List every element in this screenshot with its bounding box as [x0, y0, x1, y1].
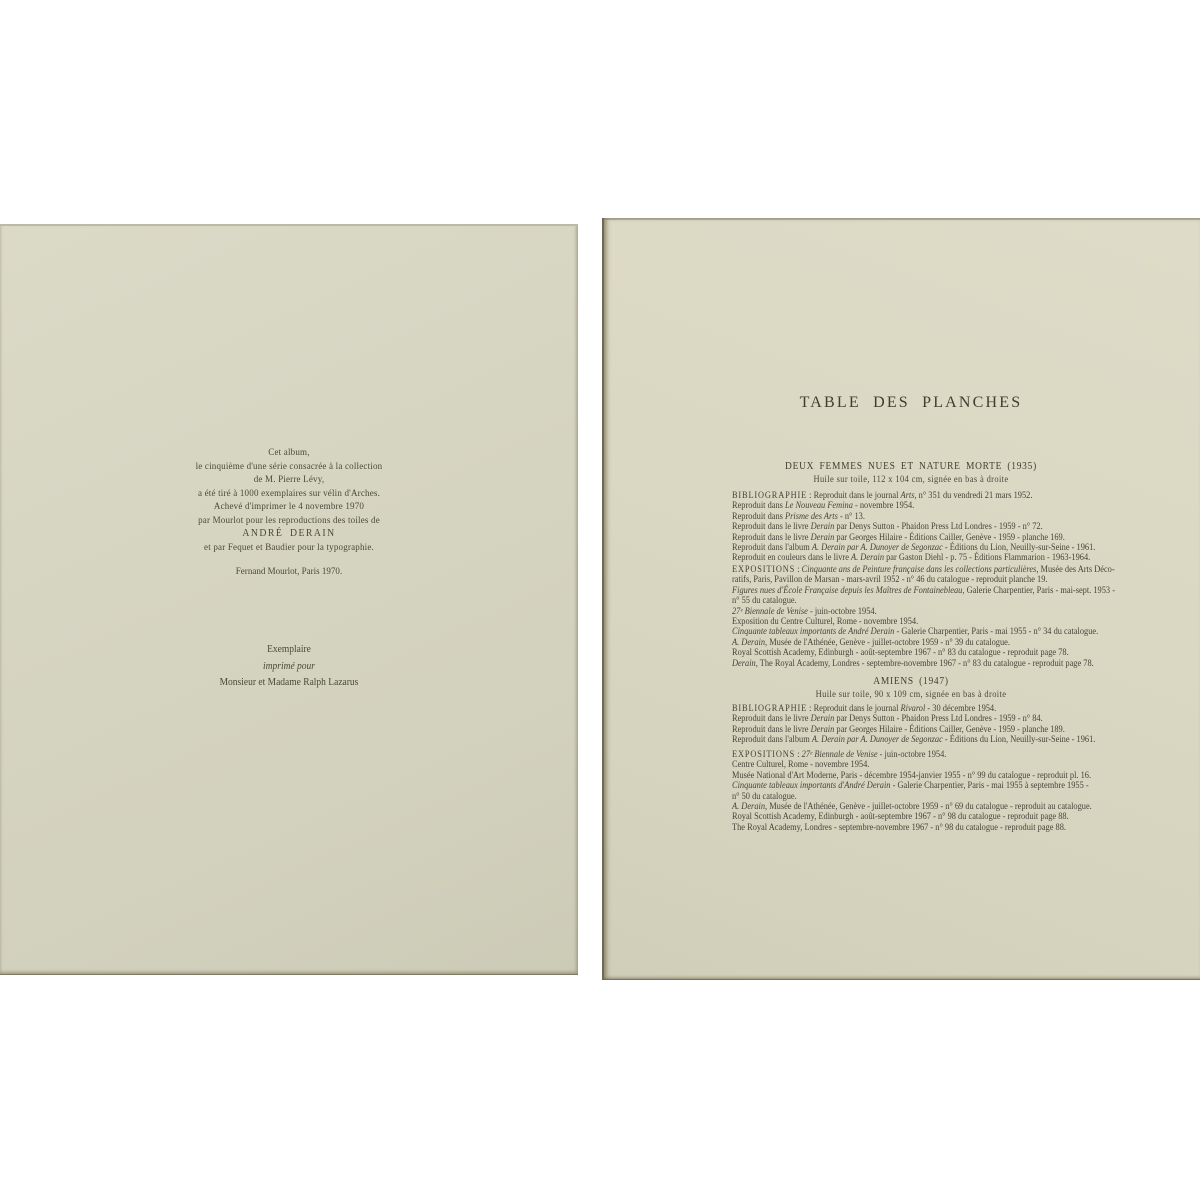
roman-text: - Éditions du Lion, Neuilly-sur-Seine - … [943, 734, 1096, 744]
text-line: par Mourlot pour les reproductions des t… [105, 514, 473, 528]
bibliographie-block-2: BIBLIOGRAPHIE : Reproduit dans le journa… [732, 703, 1160, 745]
italic-text: Le Nouveau Femina [785, 500, 853, 510]
roman-text: Reproduit dans [732, 511, 785, 521]
roman-text: , Musée de l'Athénée, Genève - juillet-o… [765, 801, 1092, 811]
italic-text: Cinquante tableaux importants de André D… [732, 626, 894, 636]
text-line: n° 55 du catalogue. [732, 595, 1160, 605]
italic-text: Cinquante tableaux importants d'André De… [732, 780, 890, 790]
text-line: de M. Pierre Lévy, [105, 473, 473, 487]
text-line: Reproduit dans Prisme des Arts - n° 13. [732, 511, 1160, 521]
section-label: BIBLIOGRAPHIE [732, 703, 807, 713]
roman-text: Reproduit dans l'album [732, 734, 812, 744]
colophon-text: Cet album,le cinquième d'une série consa… [105, 446, 473, 554]
roman-text: Reproduit dans l'album [732, 542, 812, 552]
text-line: ratifs, Paris, Pavillon de Marsan - mars… [732, 574, 1160, 584]
italic-text: Arts [901, 490, 915, 500]
entry-subheading-2: Huile sur toile, 90 x 109 cm, signée en … [725, 689, 1097, 699]
roman-text: Centre Culturel, Rome - novembre 1954. [732, 759, 869, 769]
section-label: EXPOSITIONS [732, 749, 795, 759]
text-line: Reproduit dans l'album A. Derain par A. … [732, 734, 1160, 744]
roman-text: par Mourlot pour les reproductions des t… [198, 515, 380, 526]
text-line: Reproduit dans Le Nouveau Femina - novem… [732, 500, 1160, 510]
roman-text: Reproduit dans le livre [732, 521, 811, 531]
roman-text: Musée National d'Art Moderne, Paris - dé… [732, 770, 1091, 780]
entry-subheading-1: Huile sur toile, 112 x 104 cm, signée en… [725, 474, 1097, 484]
roman-text: par Georges Hilaire - Éditions Cailler, … [834, 724, 1065, 734]
text-line: Cinquante tableaux importants de André D… [732, 626, 1160, 636]
roman-text: , n° 351 du vendredi 21 mars 1952. [914, 490, 1032, 500]
italic-text: Figures nues d'École Française depuis le… [732, 585, 962, 595]
roman-text: Reproduit dans le livre [732, 713, 811, 723]
italic-text: Rivarol [901, 703, 926, 713]
roman-text: - juin-octobre 1954. [878, 749, 947, 759]
roman-text: Cet album, [268, 447, 309, 458]
roman-text: , The Royal Academy, Londres - septembre… [756, 658, 1094, 668]
roman-text: , Musée de l'Athénée, Genève - juillet-o… [765, 637, 1010, 647]
text-line: Reproduit dans le livre Derain par Georg… [732, 724, 1160, 734]
section-label: BIBLIOGRAPHIE [732, 490, 807, 500]
text-line: Reproduit en couleurs dans le livre A. D… [732, 552, 1160, 562]
italic-text: Derain [811, 724, 835, 734]
roman-text: Exemplaire [267, 644, 311, 655]
italic-text: A. Derain [732, 637, 765, 647]
roman-text: Reproduit dans le livre [732, 532, 811, 542]
roman-text: ANDRÉ DERAIN [242, 528, 335, 539]
text-line: Reproduit dans le livre Derain par Denys… [732, 713, 1160, 723]
italic-text: Derain [811, 532, 835, 542]
italic-text: Derain [811, 521, 835, 531]
text-line: n° 50 du catalogue. [732, 791, 1160, 801]
roman-text: The Royal Academy, Londres - septembre-n… [732, 822, 1066, 832]
italic-text: 27ᵉ Biennale de Venise [732, 606, 808, 616]
roman-text: par Georges Hilaire - Éditions Cailler, … [834, 532, 1065, 542]
scanned-book-spread: { "document": { "kind": "book-spread-sca… [0, 0, 1200, 1200]
italic-text: A. Derain par A. Dunoyer de Segonzac [812, 734, 943, 744]
text-line: BIBLIOGRAPHIE : Reproduit dans le journa… [732, 490, 1160, 500]
roman-text: par Gaston Diehl - p. 75 - Éditions Flam… [884, 552, 1090, 562]
entry-heading-1: DEUX FEMMES NUES ET NATURE MORTE (1935) [729, 461, 1093, 472]
roman-text: Exposition du Centre Culturel, Rome - no… [732, 616, 918, 626]
roman-text: par Denys Sutton - Phaidon Press Ltd Lon… [834, 713, 1042, 723]
entry-heading-2: AMIENS (1947) [729, 676, 1093, 687]
text-line: Monsieur et Madame Ralph Lazarus [99, 675, 479, 692]
page-left-colophon: Cet album,le cinquième d'une série consa… [0, 224, 578, 975]
text-line: Achevé d'imprimer le 4 novembre 1970 [105, 500, 473, 514]
text-line: A. Derain, Musée de l'Athénée, Genève - … [732, 801, 1160, 811]
italic-text: Derain [811, 713, 835, 723]
text-line: Exposition du Centre Culturel, Rome - no… [732, 616, 1160, 626]
roman-text: n° 55 du catalogue. [732, 595, 797, 605]
roman-text: - 30 décembre 1954. [925, 703, 996, 713]
bibliographie-block-1: BIBLIOGRAPHIE : Reproduit dans le journa… [732, 490, 1160, 563]
roman-text: Royal Scottish Academy, Edinburgh - août… [732, 811, 1069, 821]
exemplaire-text: Exemplaireimprimé pourMonsieur et Madame… [99, 642, 479, 692]
italic-text: 27ᵉ Biennale de Venise [802, 749, 878, 759]
text-line: EXPOSITIONS : 27ᵉ Biennale de Venise - j… [732, 749, 1160, 759]
italic-text: A. Derain par A. Dunoyer de Segonzac [812, 542, 943, 552]
italic-text: Prisme des Arts [785, 511, 838, 521]
roman-text: par Denys Sutton - Phaidon Press Ltd Lon… [834, 521, 1042, 531]
roman-text: - n° 13. [838, 511, 865, 521]
roman-text: - novembre 1954. [853, 500, 914, 510]
roman-text: , Galerie Charpentier, Paris - mai-sept.… [962, 585, 1115, 595]
text-line: Cet album, [105, 446, 473, 460]
text-line: A. Derain, Musée de l'Athénée, Genève - … [732, 637, 1160, 647]
expositions-block-2: EXPOSITIONS : 27ᵉ Biennale de Venise - j… [732, 749, 1160, 832]
roman-text: n° 50 du catalogue. [732, 791, 797, 801]
text-line: a été tiré à 1000 exemplaires sur vélin … [105, 487, 473, 501]
text-line: Royal Scottish Academy, Edinburgh - août… [732, 811, 1160, 821]
roman-text: Reproduit dans le journal [814, 490, 901, 500]
page-right-table-des-planches: TABLE DES PLANCHES DEUX FEMMES NUES ET N… [602, 218, 1200, 980]
text-line: The Royal Academy, Londres - septembre-n… [732, 822, 1160, 832]
text-line: Reproduit dans l'album A. Derain par A. … [732, 542, 1160, 552]
roman-text: - Éditions du Lion, Neuilly-sur-Seine - … [943, 542, 1096, 552]
italic-text: A. Derain [732, 801, 765, 811]
text-line: Cinquante tableaux importants d'André De… [732, 780, 1160, 790]
text-line: Royal Scottish Academy, Edinburgh - août… [732, 647, 1160, 657]
text-line: Musée National d'Art Moderne, Paris - dé… [732, 770, 1160, 780]
text-line: EXPOSITIONS : Cinquante ans de Peinture … [732, 564, 1160, 574]
roman-text: - juin-octobre 1954. [808, 606, 877, 616]
roman-text: Reproduit dans le livre [732, 724, 811, 734]
text-line: le cinquième d'une série consacrée à la … [105, 460, 473, 474]
roman-text: ratifs, Paris, Pavillon de Marsan - mars… [732, 574, 1048, 584]
roman-text: et par Fequet et Baudier pour la typogra… [204, 542, 374, 553]
roman-text: Achevé d'imprimer le 4 novembre 1970 [214, 501, 364, 512]
text-line: imprimé pour [99, 659, 479, 676]
text-line: Centre Culturel, Rome - novembre 1954. [732, 759, 1160, 769]
text-line: Derain, The Royal Academy, Londres - sep… [732, 658, 1160, 668]
roman-text: de M. Pierre Lévy, [254, 474, 325, 485]
text-line: Figures nues d'École Française depuis le… [732, 585, 1160, 595]
section-label: EXPOSITIONS [732, 564, 795, 574]
italic-text: Cinquante ans de Peinture française dans… [802, 564, 1037, 574]
table-title: TABLE DES PLANCHES [714, 394, 1108, 412]
roman-text: - Galerie Charpentier, Paris - mai 1955 … [894, 626, 1098, 636]
roman-text: - Galerie Charpentier, Paris - mai 1955 … [890, 780, 1088, 790]
roman-text: Reproduit en couleurs dans le livre [732, 552, 851, 562]
roman-text: , Musée des Arts Déco- [1036, 564, 1114, 574]
italic-text: Derain [732, 658, 756, 668]
roman-text: Reproduit dans [732, 500, 785, 510]
roman-text: le cinquième d'une série consacrée à la … [196, 461, 383, 472]
text-line: Exemplaire [99, 642, 479, 659]
italic-text: A. Derain [851, 552, 884, 562]
imprint-line: Fernand Mourlot, Paris 1970. [105, 565, 473, 579]
roman-text: Reproduit dans le journal [814, 703, 901, 713]
text-line: et par Fequet et Baudier pour la typogra… [105, 541, 473, 555]
text-line: Reproduit dans le livre Derain par Denys… [732, 521, 1160, 531]
text-line: 27ᵉ Biennale de Venise - juin-octobre 19… [732, 606, 1160, 616]
roman-text: a été tiré à 1000 exemplaires sur vélin … [198, 488, 380, 499]
italic-text: imprimé pour [263, 661, 315, 672]
text-line: BIBLIOGRAPHIE : Reproduit dans le journa… [732, 703, 1160, 713]
text-line: Reproduit dans le livre Derain par Georg… [732, 532, 1160, 542]
text-line: ANDRÉ DERAIN [105, 527, 473, 541]
expositions-block-1: EXPOSITIONS : Cinquante ans de Peinture … [732, 564, 1160, 668]
roman-text: Royal Scottish Academy, Edinburgh - août… [732, 647, 1069, 657]
roman-text: Monsieur et Madame Ralph Lazarus [220, 677, 359, 688]
